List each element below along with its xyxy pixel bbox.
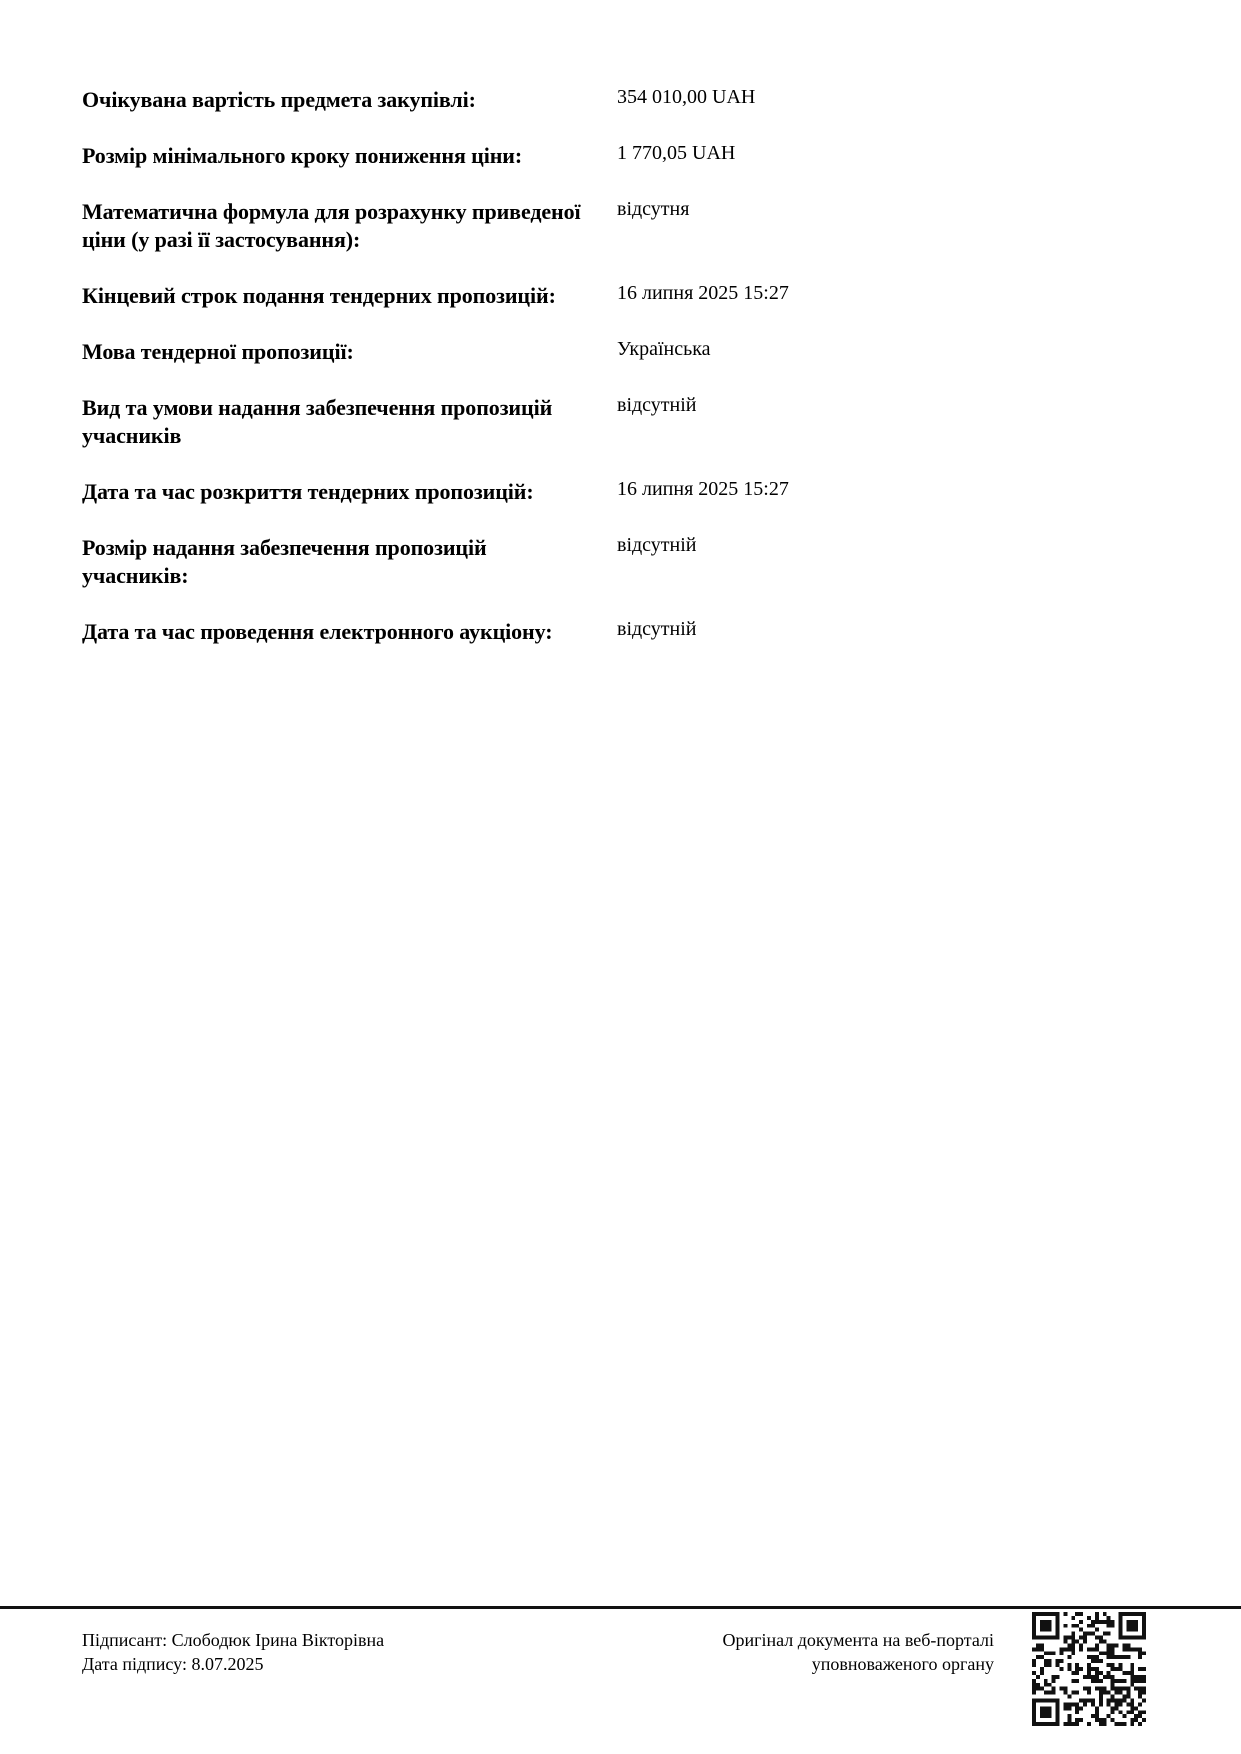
field-expected-cost: Очікувана вартість предмета закупівлі: 3… (82, 86, 1162, 114)
original-note-line-1: Оригінал документа на веб-порталі (722, 1628, 994, 1652)
signer-name: Підписант: Слободюк Ірина Вікторівна (82, 1628, 384, 1652)
field-value: відсутня (617, 195, 689, 223)
tender-details-list: Очікувана вартість предмета закупівлі: 3… (82, 86, 1162, 674)
field-auction-date: Дата та час проведення електронного аукц… (82, 618, 1162, 646)
field-value: відсутній (617, 615, 697, 643)
field-label: Очікувана вартість предмета закупівлі: (82, 86, 617, 114)
field-value: відсутній (617, 391, 697, 419)
field-value: 354 010,00 UAH (617, 83, 755, 111)
field-proposal-language: Мова тендерної пропозиції: Українська (82, 338, 1162, 366)
field-label: Математична формула для розрахунку приве… (82, 198, 617, 254)
field-min-step: Розмір мінімального кроку пониження ціни… (82, 142, 1162, 170)
field-label: Розмір надання забезпечення пропозицій у… (82, 534, 617, 590)
original-document-note: Оригінал документа на веб-порталі уповно… (722, 1628, 994, 1676)
field-label: Дата та час проведення електронного аукц… (82, 618, 617, 646)
field-value: 1 770,05 UAH (617, 139, 735, 167)
field-label: Дата та час розкриття тендерних пропозиц… (82, 478, 617, 506)
signature-date: Дата підпису: 8.07.2025 (82, 1652, 384, 1676)
signature-info: Підписант: Слободюк Ірина Вікторівна Дат… (82, 1628, 384, 1676)
field-label: Розмір мінімального кроку пониження ціни… (82, 142, 617, 170)
field-submission-deadline: Кінцевий строк подання тендерних пропози… (82, 282, 1162, 310)
field-opening-date: Дата та час розкриття тендерних пропозиц… (82, 478, 1162, 506)
field-label: Мова тендерної пропозиції: (82, 338, 617, 366)
field-security-amount: Розмір надання забезпечення пропозицій у… (82, 534, 1162, 590)
field-value: 16 липня 2025 15:27 (617, 279, 789, 307)
field-price-formula: Математична формула для розрахунку приве… (82, 198, 1162, 254)
field-security-type: Вид та умови надання забезпечення пропоз… (82, 394, 1162, 450)
footer-divider (0, 1606, 1241, 1609)
field-value: 16 липня 2025 15:27 (617, 475, 789, 503)
field-label: Кінцевий строк подання тендерних пропози… (82, 282, 617, 310)
field-value: Українська (617, 335, 711, 363)
original-note-line-2: уповноваженого органу (722, 1652, 994, 1676)
field-label: Вид та умови надання забезпечення пропоз… (82, 394, 617, 450)
qr-code-icon (1032, 1612, 1146, 1726)
field-value: відсутній (617, 531, 697, 559)
